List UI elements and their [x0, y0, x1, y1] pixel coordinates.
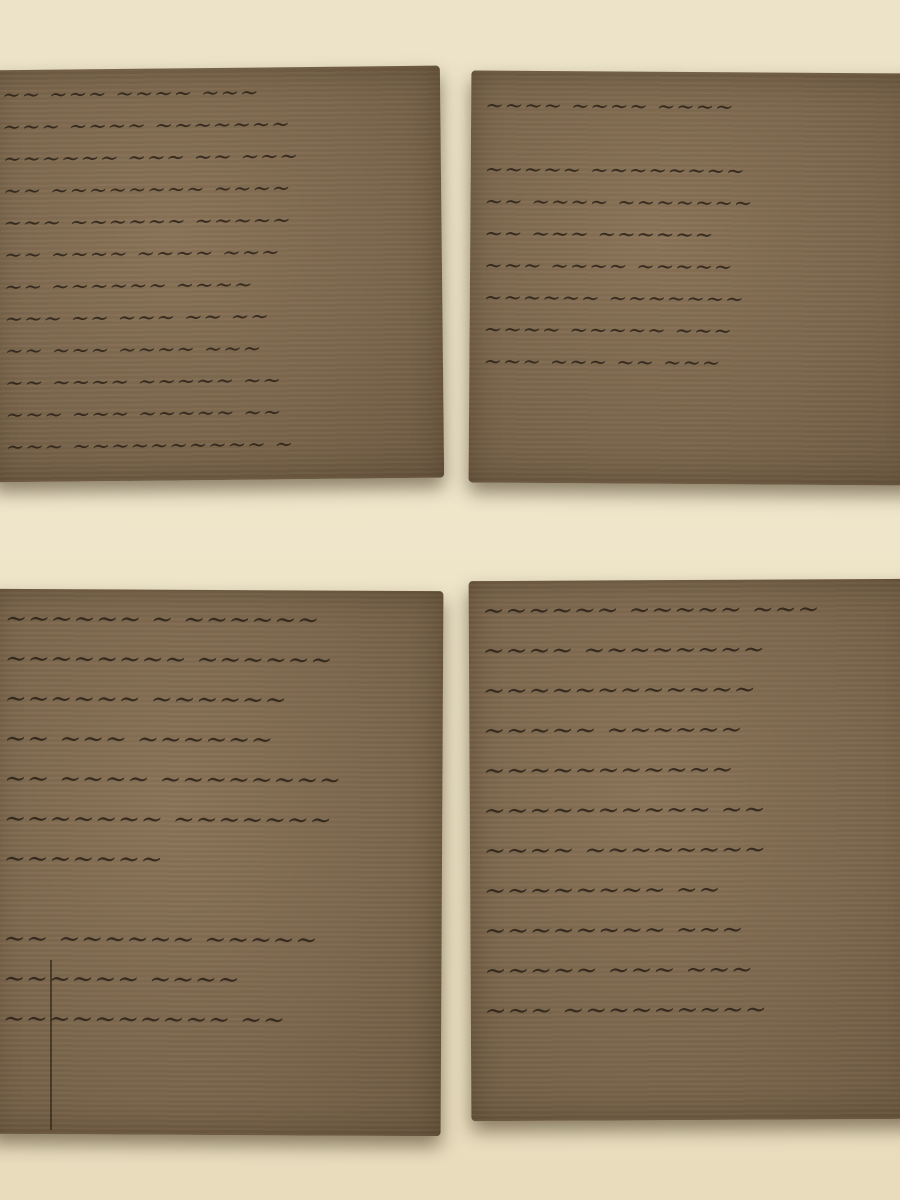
ink-line: ~~~~~~ ~~~ ~~ ~~~ — [0, 140, 434, 177]
ink-line: ~~~ ~~~~ ~~~~~~~ — [0, 108, 434, 145]
ink-line: ~~~~~ ~~~~~~~~ — [481, 155, 900, 190]
ink-line: ~~ ~~~ ~~~~ ~~~ — [0, 76, 433, 113]
tablet-text: ~~ ~~~ ~~~~ ~~~ ~~~ ~~~~ ~~~~~~~ ~~~~~~ … — [2, 76, 434, 464]
ink-line: ~~ ~~~~~~~~ ~~~~ — [0, 172, 434, 209]
writing-tablet-top-left: ~~ ~~~ ~~~~ ~~~ ~~~ ~~~~ ~~~~~~~ ~~~~~~ … — [0, 66, 444, 483]
ink-line: ~~~ ~~~ ~~~~~ ~~ — [2, 396, 436, 433]
ink-line: ~~~~~~ ~~~~~~~ — [480, 283, 900, 318]
tablet-text: ~~~~~~ ~ ~~~~~~ ~~~~~~~~ ~~~~~~ ~~~~~~ ~… — [3, 599, 433, 1041]
ink-line: ~~~~~~ ~ ~~~~~~ — [1, 599, 438, 641]
ink-line: ~~~~ ~~~~ ~~~~ — [482, 91, 900, 126]
ink-line: ~~ ~~~ ~~~~ ~~~ — [2, 332, 436, 369]
ink-line: ~~~~~~ ~~~~~ ~~~ — [479, 589, 900, 631]
ink-line: ~~~~~ ~~~ ~~~ — [480, 949, 900, 991]
tablet-crack — [50, 960, 52, 1130]
ink-line: ~~~~~~~~~~~ — [479, 749, 900, 791]
ink-line: ~~~ ~~~~ ~~~~~ — [481, 251, 900, 286]
ink-line: ~~~~~~ ~~~~ — [0, 959, 436, 1001]
ink-line: ~~~~~~~ — [0, 839, 436, 881]
ink-line: ~~~~~ ~~~~~~ — [479, 709, 900, 751]
writing-tablet-bottom-right: ~~~~~~ ~~~~~ ~~~ ~~~~ ~~~~~~~~ ~~~~~~~~~… — [469, 579, 900, 1121]
ink-line: ~~ ~~~ ~~~~~~ — [0, 719, 437, 761]
ink-line: ~~~~~~~~~~ ~~ — [480, 789, 900, 831]
ink-line: ~~ ~~~~ ~~~~ ~~~ — [1, 236, 435, 273]
ink-line — [0, 879, 436, 921]
ink-line: ~~~~~~~~ ~~~ — [480, 909, 900, 951]
ink-line: ~~~~~~~ ~~~~~~~ — [0, 799, 437, 841]
tablet-text: ~~~~ ~~~~ ~~~~ ~~~~~ ~~~~~~~~ ~~ ~~~~ ~~… — [483, 91, 900, 382]
ink-line — [481, 123, 900, 158]
ink-line: ~~ ~~~~ ~~~~~~~ — [481, 187, 900, 222]
ink-line: ~~~~~~~~ ~~ — [480, 869, 900, 911]
ink-line: ~~~ ~~~~~~~~~~ ~ — [3, 428, 437, 465]
ink-line: ~~ ~~~~~~ ~~~~ — [1, 268, 435, 305]
tablet-text: ~~~~~~ ~~~~~ ~~~ ~~~~ ~~~~~~~~ ~~~~~~~~~… — [483, 589, 900, 1031]
ink-line: ~~ ~~~~~~ ~~~~~ — [0, 919, 436, 961]
ink-line: ~~~ ~~ ~~~ ~~ ~~ — [1, 300, 435, 337]
ink-line: ~~~ ~~~ ~~ ~~~ — [480, 347, 900, 382]
ink-line: ~~~~ ~~~~~~~~ — [479, 629, 900, 671]
ink-line: ~~~~~~~~~~~~ — [479, 669, 900, 711]
ink-line: ~~~~~~~~ ~~~~~~ — [1, 639, 438, 681]
ink-line: ~~~~ ~~~~~~~~ — [480, 829, 900, 871]
ink-line: ~~~ ~~~~~~ ~~~~~ — [0, 204, 434, 241]
ink-line: ~~~~~~~~~~ ~~ — [0, 999, 436, 1041]
ink-line: ~~~ ~~~~~~~~~ — [481, 989, 900, 1031]
ink-line: ~~~~~~ ~~~~~~ — [0, 679, 437, 721]
ink-line: ~~ ~~~~ ~~~~~ ~~ — [2, 364, 436, 401]
ink-line: ~~ ~~~ ~~~~~~ — [481, 219, 900, 254]
writing-tablet-bottom-left: ~~~~~~ ~ ~~~~~~ ~~~~~~~~ ~~~~~~ ~~~~~~ ~… — [0, 589, 443, 1136]
writing-tablet-top-right: ~~~~ ~~~~ ~~~~ ~~~~~ ~~~~~~~~ ~~ ~~~~ ~~… — [469, 70, 900, 485]
ink-line: ~~~~ ~~~~~ ~~~ — [480, 315, 900, 350]
ink-line: ~~ ~~~~ ~~~~~~~~ — [0, 759, 437, 801]
